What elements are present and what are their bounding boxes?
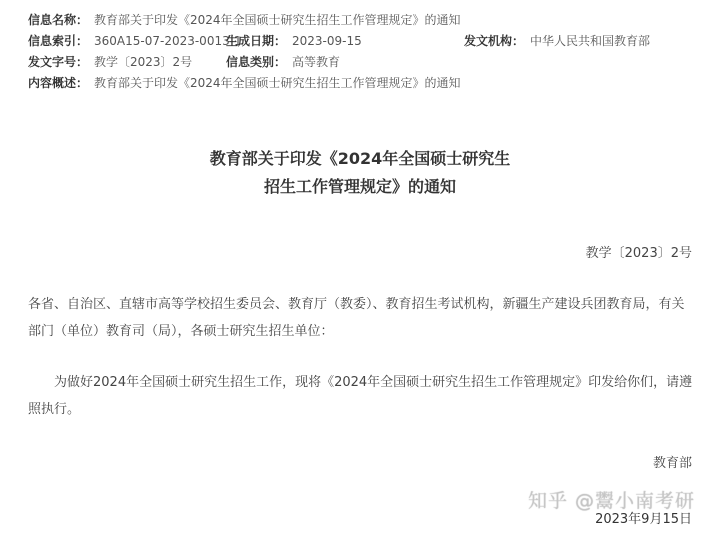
body-paragraph: 为做好2024年全国硕士研究生招生工作，现将《2024年全国硕士研究生招生工作管… [28, 369, 694, 423]
meta-row-docno: 发文字号： 教学〔2023〕2号 信息类别： 高等教育 [28, 52, 650, 73]
meta-row-index: 信息索引： 360A15-07-2023-0013-1 生成日期： 2023-0… [28, 31, 650, 52]
document-date: 2023年9月15日 [595, 508, 692, 527]
issuing-org-value: 中华人民共和国教育部 [530, 31, 650, 52]
generate-date-value: 2023-09-15 [292, 31, 464, 52]
info-index-label: 信息索引： [28, 31, 94, 52]
issuing-org-label: 发文机构： [464, 31, 530, 52]
document-number: 教学〔2023〕2号 [586, 242, 692, 261]
signature: 教育部 [653, 452, 692, 471]
doc-number-value: 教学〔2023〕2号 [94, 52, 226, 73]
document-title: 教育部关于印发《2024年全国硕士研究生 招生工作管理规定》的通知 [0, 145, 720, 201]
info-index-value: 360A15-07-2023-0013-1 [94, 31, 226, 52]
generate-date-label: 生成日期： [226, 31, 292, 52]
info-name-value: 教育部关于印发《2024年全国硕士研究生招生工作管理规定》的通知 [94, 10, 461, 31]
info-name-label: 信息名称： [28, 10, 94, 31]
summary-value: 教育部关于印发《2024年全国硕士研究生招生工作管理规定》的通知 [94, 73, 461, 94]
addressees-paragraph: 各省、自治区、直辖市高等学校招生委员会、教育厅（教委）、教育招生考试机构，新疆生… [28, 291, 694, 345]
meta-row-name: 信息名称： 教育部关于印发《2024年全国硕士研究生招生工作管理规定》的通知 [28, 10, 650, 31]
info-category-value: 高等教育 [292, 52, 340, 73]
title-line-1: 教育部关于印发《2024年全国硕士研究生 [0, 145, 720, 173]
title-line-2: 招生工作管理规定》的通知 [0, 173, 720, 201]
meta-row-summary: 内容概述： 教育部关于印发《2024年全国硕士研究生招生工作管理规定》的通知 [28, 73, 650, 94]
summary-label: 内容概述： [28, 73, 94, 94]
info-category-label: 信息类别： [226, 52, 292, 73]
info-metadata-block: 信息名称： 教育部关于印发《2024年全国硕士研究生招生工作管理规定》的通知 信… [28, 10, 650, 94]
doc-number-label: 发文字号： [28, 52, 94, 73]
